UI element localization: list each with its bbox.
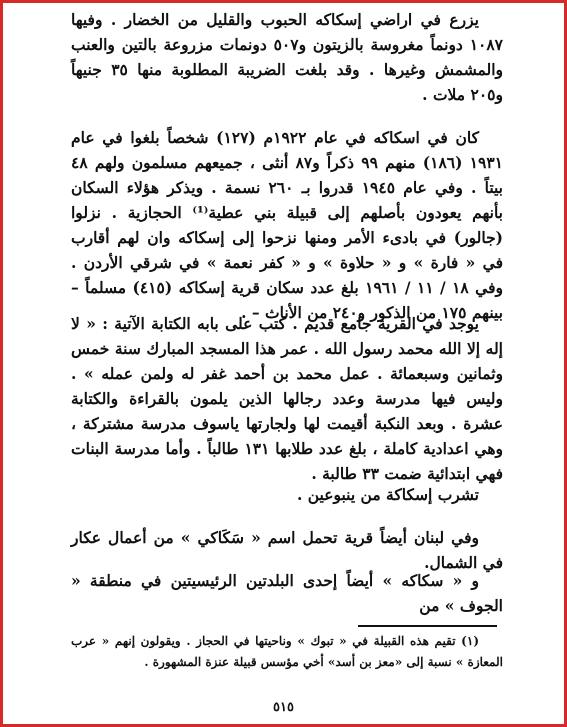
paragraph-population: كان في اسكاكه في عام ١٩٢٢م (١٢٧) شخصاً ب… <box>71 125 503 325</box>
page-number: ٥١٥ <box>3 700 564 715</box>
footnote-separator <box>358 625 497 627</box>
book-page: يزرع في اراضي إسكاكه الحبوب والقليل من ا… <box>0 0 567 727</box>
footnote: (١) تقيم هذه القبيلة في « تبوك » وناحيته… <box>71 631 503 673</box>
paragraph-mosque-school: يوجد في القرية جامع قديم . كتب على بابه … <box>71 311 503 486</box>
paragraph-agriculture: يزرع في اراضي إسكاكه الحبوب والقليل من ا… <box>71 7 503 107</box>
paragraph-water: تشرب إسكاكة من ينبوعين . <box>71 482 503 507</box>
paragraph-sakaka: و « سكاكه » أيضاً إحدى البلدتين الرئيسيت… <box>71 568 503 618</box>
